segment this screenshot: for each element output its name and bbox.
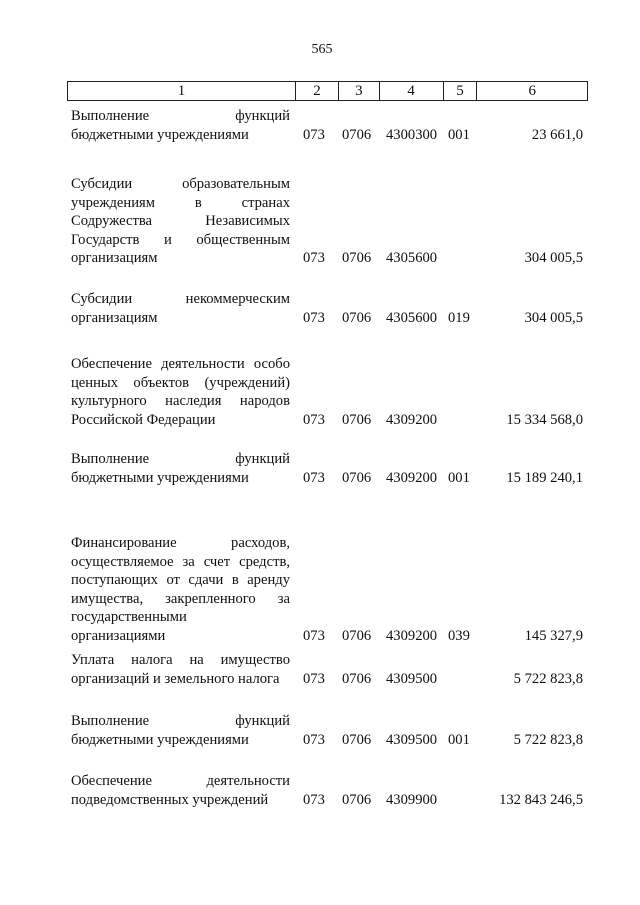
expense-type-code: 001 (448, 731, 470, 750)
description-line: поступающих от сдачи в аренду (71, 571, 290, 590)
description-line: организаций и земельного налога (71, 670, 290, 689)
amount-value: 132 843 246,5 (499, 791, 583, 810)
description-line: Российской Федерации (71, 411, 290, 430)
ministry-code: 073 (303, 411, 325, 430)
expense-type-code: 001 (448, 126, 470, 145)
ministry-code: 073 (303, 791, 325, 810)
row-description: Обеспечение деятельностиподведомственных… (71, 772, 290, 809)
description-line: Обеспечение деятельности (71, 772, 290, 791)
description-line: организациям (71, 249, 290, 268)
amount-value: 15 334 568,0 (506, 411, 583, 430)
section-code: 0706 (342, 627, 371, 646)
expense-type-code: 001 (448, 469, 470, 488)
row-description: Выполнение функцийбюджетными учреждениям… (71, 107, 290, 144)
description-line: ценных объектов (учреждений) (71, 374, 290, 393)
section-code: 0706 (342, 791, 371, 810)
row-description: Уплата налога на имуществоорганизаций и … (71, 651, 290, 688)
amount-value: 304 005,5 (525, 309, 583, 328)
description-line: бюджетными учреждениями (71, 126, 290, 145)
description-line: Субсидии образовательным (71, 175, 290, 194)
target-article-code: 4309200 (386, 411, 437, 430)
description-line: Финансирование расходов, (71, 534, 290, 553)
description-line: подведомственных учреждений (71, 791, 290, 810)
description-line: государственными (71, 608, 290, 627)
target-article-code: 4305600 (386, 309, 437, 328)
expense-type-code: 019 (448, 309, 470, 328)
ministry-code: 073 (303, 731, 325, 750)
row-description: Субсидии образовательнымучреждениям в ст… (71, 175, 290, 268)
ministry-code: 073 (303, 469, 325, 488)
section-code: 0706 (342, 670, 371, 689)
description-line: Уплата налога на имущество (71, 651, 290, 670)
row-description: Субсидии некоммерческиморганизациям (71, 290, 290, 327)
description-line: осуществляемое за счет средств, (71, 553, 290, 572)
description-line: бюджетными учреждениями (71, 469, 290, 488)
section-code: 0706 (342, 309, 371, 328)
description-line: Субсидии некоммерческим (71, 290, 290, 309)
description-line: организациям (71, 309, 290, 328)
description-line: культурного наследия народов (71, 392, 290, 411)
target-article-code: 4309900 (386, 791, 437, 810)
description-line: учреждениям в странах (71, 194, 290, 213)
description-line: Выполнение функций (71, 712, 290, 731)
section-code: 0706 (342, 411, 371, 430)
description-line: имущества, закрепленного за (71, 590, 290, 609)
section-code: 0706 (342, 126, 371, 145)
amount-value: 145 327,9 (525, 627, 583, 646)
amount-value: 23 661,0 (532, 126, 583, 145)
ministry-code: 073 (303, 627, 325, 646)
target-article-code: 4305600 (386, 249, 437, 268)
amount-value: 5 722 823,8 (514, 670, 583, 689)
description-line: организациями (71, 627, 290, 646)
target-article-code: 4309200 (386, 469, 437, 488)
description-line: Государств и общественным (71, 231, 290, 250)
ministry-code: 073 (303, 309, 325, 328)
table-body: Выполнение функцийбюджетными учреждениям… (0, 0, 640, 905)
description-line: Выполнение функций (71, 107, 290, 126)
row-description: Обеспечение деятельности особоценных объ… (71, 355, 290, 429)
expense-type-code: 039 (448, 627, 470, 646)
target-article-code: 4309500 (386, 731, 437, 750)
row-description: Выполнение функцийбюджетными учреждениям… (71, 712, 290, 749)
row-description: Выполнение функцийбюджетными учреждениям… (71, 450, 290, 487)
target-article-code: 4309200 (386, 627, 437, 646)
description-line: Выполнение функций (71, 450, 290, 469)
description-line: Содружества Независимых (71, 212, 290, 231)
ministry-code: 073 (303, 249, 325, 268)
description-line: бюджетными учреждениями (71, 731, 290, 750)
ministry-code: 073 (303, 670, 325, 689)
section-code: 0706 (342, 249, 371, 268)
amount-value: 5 722 823,8 (514, 731, 583, 750)
section-code: 0706 (342, 731, 371, 750)
description-line: Обеспечение деятельности особо (71, 355, 290, 374)
amount-value: 304 005,5 (525, 249, 583, 268)
row-description: Финансирование расходов,осуществляемое з… (71, 534, 290, 645)
ministry-code: 073 (303, 126, 325, 145)
target-article-code: 4309500 (386, 670, 437, 689)
section-code: 0706 (342, 469, 371, 488)
target-article-code: 4300300 (386, 126, 437, 145)
amount-value: 15 189 240,1 (506, 469, 583, 488)
